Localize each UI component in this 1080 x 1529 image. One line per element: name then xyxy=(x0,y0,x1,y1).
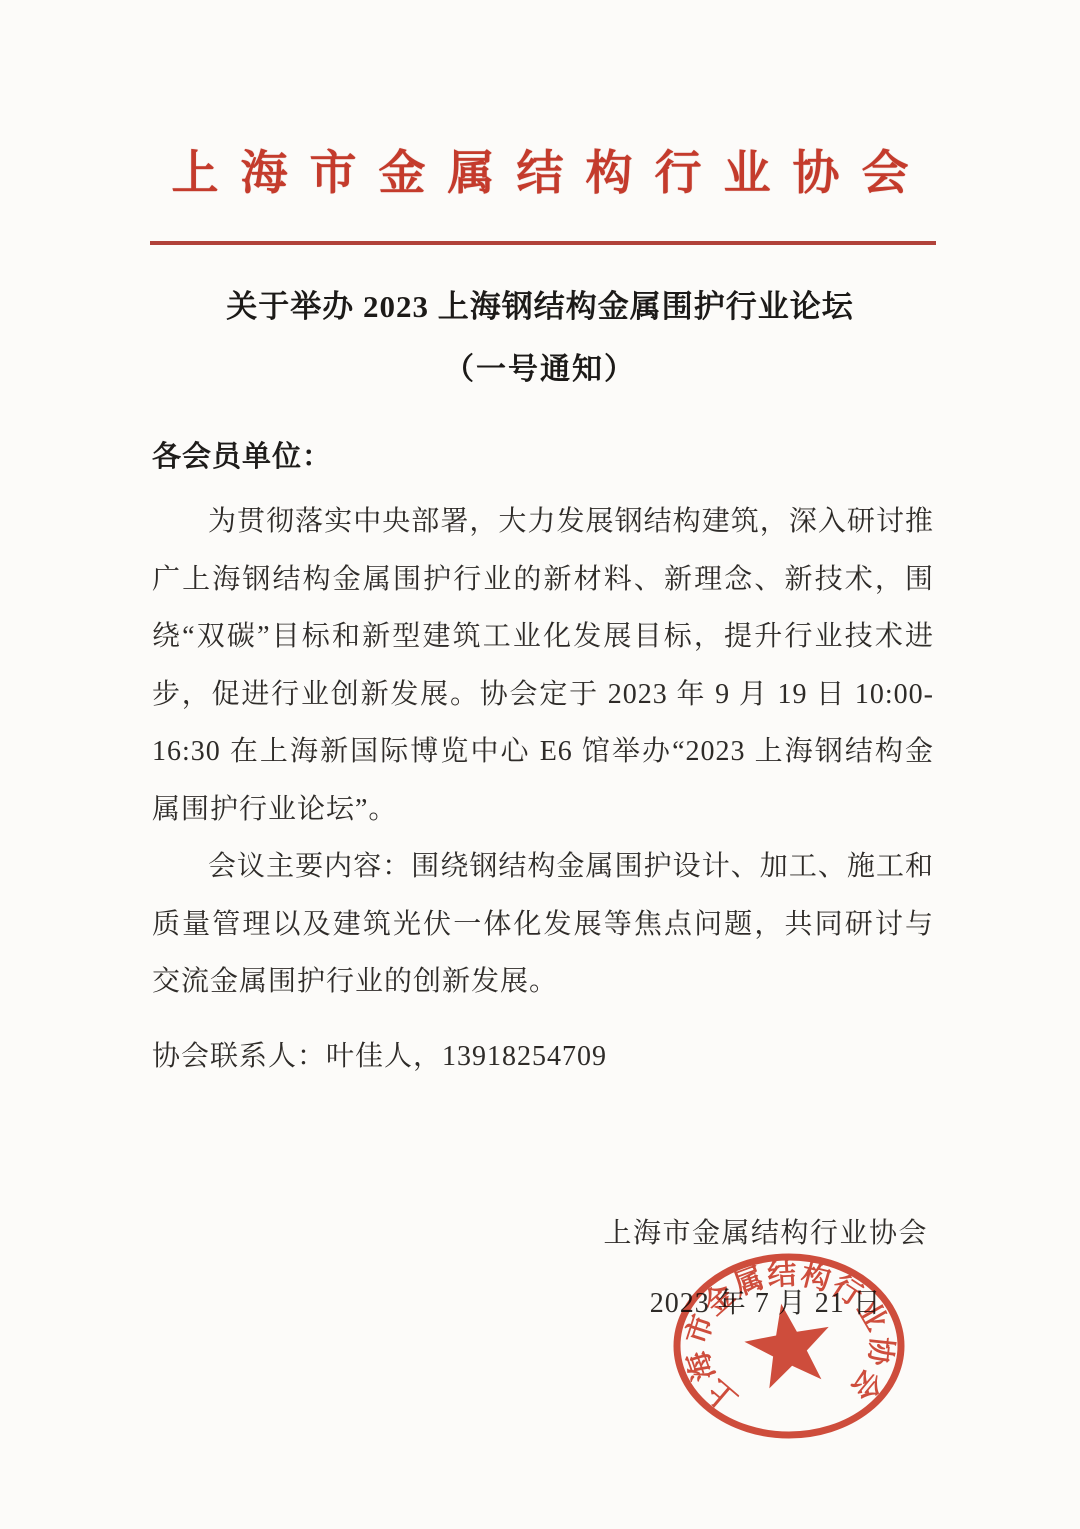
letterhead-org-name: 上海市金属结构行业协会 xyxy=(0,136,1080,203)
body-paragraph: 会议主要内容：围绕钢结构金属围护设计、加工、施工和质量管理以及建筑光伏一体化发展… xyxy=(152,838,934,1011)
signature-org: 上海市金属结构行业协会 xyxy=(603,1214,928,1254)
signature-date: 2023 年 7 月 21 日 xyxy=(603,1284,928,1324)
document-title: 关于举办 2023 上海钢结构金属围护行业论坛 xyxy=(0,281,1080,326)
document-subtitle: （一号通知） xyxy=(0,344,1080,388)
letterhead-divider xyxy=(150,241,936,245)
document-page: 上海市金属结构行业协会 关于举办 2023 上海钢结构金属围护行业论坛 （一号通… xyxy=(0,0,1080,1529)
signature-block: 上海市金属结构行业协会 2023 年 7 月 21 日 xyxy=(603,1214,928,1324)
salutation: 各会员单位： xyxy=(152,437,934,477)
body-paragraph: 为贯彻落实中央部署，大力发展钢结构建筑，深入研讨推广上海钢结构金属围护行业的新材… xyxy=(152,493,934,838)
document-body: 各会员单位： 为贯彻落实中央部署，大力发展钢结构建筑，深入研讨推广上海钢结构金属… xyxy=(152,437,934,1011)
contact-line: 协会联系人：叶佳人，13918254709 xyxy=(152,1034,607,1074)
